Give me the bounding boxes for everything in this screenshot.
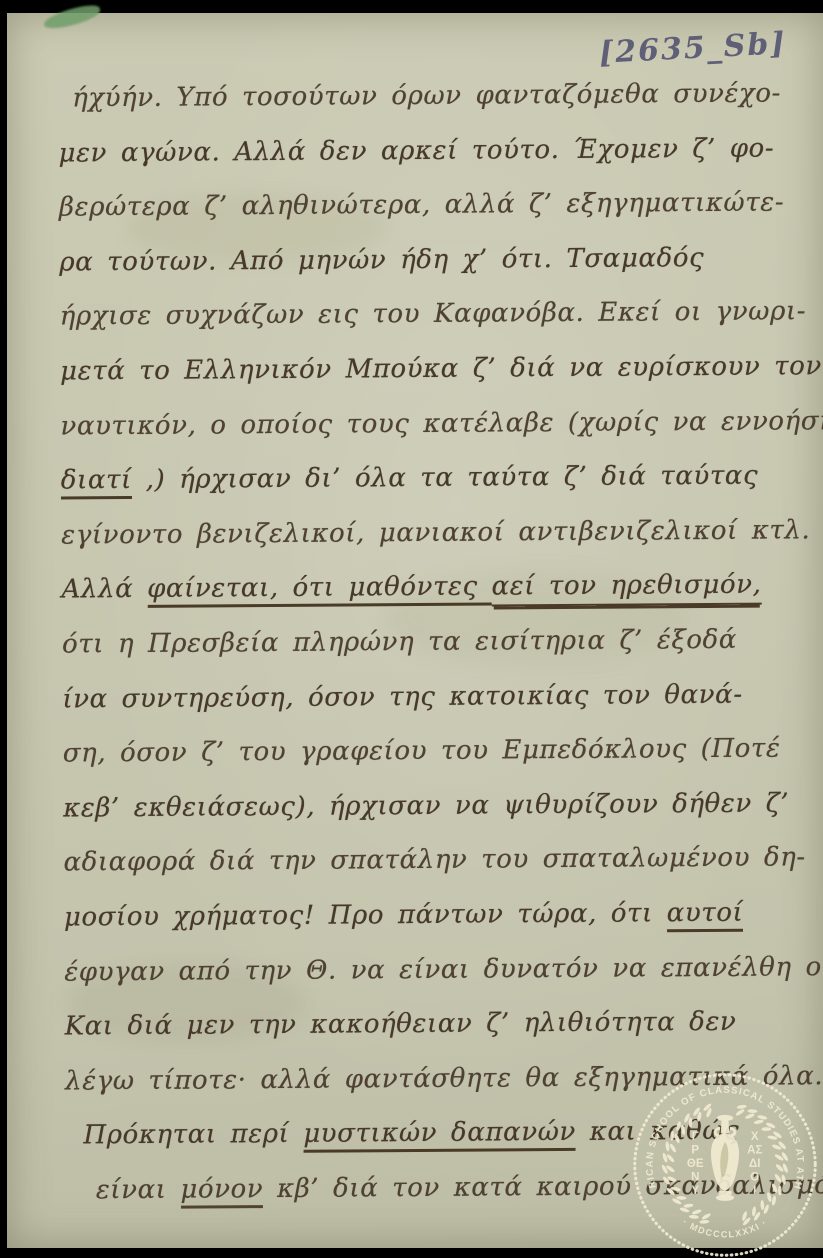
handwritten-segment: ότι η Πρεσβεία πληρώνη τα εισίτηρια ζ’ έ…: [62, 625, 737, 660]
handwritten-segment: ήρχισε συχνάζων εις του Καφανόβα. Εκεί ο…: [60, 297, 807, 332]
handwritten-segment: Πρόκηται περί: [83, 1119, 303, 1151]
handwritten-line: μοσίου χρήματος! Προ πάντων τώρα, ότι αυ…: [64, 885, 776, 945]
wreath-leaf: [661, 1164, 669, 1175]
svg-text:Ν: Ν: [691, 1171, 699, 1183]
svg-text:Χ: Χ: [751, 1131, 759, 1143]
handwritten-line: ση, όσον ζ’ του γραφείου του Εμπεδόκλους…: [63, 722, 775, 782]
svg-text:Υ: Υ: [691, 1185, 699, 1197]
handwritten-line: έφυγαν από την Θ. να είναι δυνατόν να επ…: [64, 940, 776, 1000]
svg-text:Ι: Ι: [753, 1185, 756, 1197]
wreath-leaf: [701, 1212, 711, 1220]
underlined-word: μυστικών δαπανών: [303, 1117, 576, 1153]
handwritten-line: ήρχισε συχνάζων εις του Καφανόβα. Εκεί ο…: [60, 285, 772, 345]
wreath-leaf: [674, 1133, 681, 1144]
handwritten-segment: εγίνοντο βενιζελικοί, μανιακοί αντιβενιζ…: [61, 515, 810, 550]
green-mark: [42, 2, 102, 32]
handwritten-segment: ρα τούτων. Από μηνών ήδη χ’ ότι. Τσαμαδό…: [59, 243, 704, 278]
wreath-leaf: [736, 1104, 746, 1109]
underlined-word: μόνον: [180, 1174, 263, 1209]
handwritten-segment: Και διά μεν την κακοήθειαν ζ’ ηλιθιότητα…: [65, 1007, 737, 1042]
manuscript-page: [2635_Sb] ήχύήν. Υπό τοσούτων όρων φαντα…: [7, 13, 823, 1248]
handwritten-line: κεβ’ εκθειάσεως), ήρχισαν να ψιθυρίζουν …: [63, 776, 775, 836]
underlined-word: διατί: [61, 465, 132, 499]
svg-text:ΘΕ: ΘΕ: [687, 1158, 704, 1170]
handwritten-line: ήχύήν. Υπό τοσούτων όρων φανταζόμεθα συν…: [58, 67, 770, 127]
handwritten-segment: μοσίου χρήματος! Προ πάντων τώρα, ότι: [64, 898, 667, 932]
handwritten-segment: Αλλά: [62, 574, 148, 605]
underlined-word: αυτοί: [667, 898, 744, 933]
wreath-leaf: [766, 1192, 772, 1203]
handwritten-line: μεν αγώνα. Αλλά δεν αρκεί τούτο. Έχομεν …: [58, 121, 770, 181]
wreath-leaf: [680, 1125, 685, 1135]
handwritten-line: αδιαφορά διά την σπατάλην του σπαταλωμέν…: [63, 831, 775, 891]
wreath-leaf: [753, 1119, 764, 1125]
wreath-leaf: [679, 1207, 690, 1213]
wreath-leaf: [676, 1196, 686, 1200]
handwritten-segment: είναι: [96, 1175, 181, 1206]
handwritten-segment: μετά το Ελληνικόν Μπούκα ζ’ διά να ευρίσ…: [60, 351, 822, 386]
svg-text:ΔΙ: ΔΙ: [749, 1158, 760, 1170]
wreath-leaf: [757, 1114, 768, 1120]
wreath-leaf: [774, 1173, 783, 1183]
wreath-leaf: [771, 1183, 779, 1194]
wreath-leaf: [665, 1141, 670, 1151]
handwritten-segment: βερώτερα ζ’ αληθινώτερα, αλλά ζ’ εξηγημα…: [59, 188, 784, 223]
handwritten-segment: ήχύήν. Υπό τοσούτων όρων φανταζόμεθα συν…: [72, 78, 781, 113]
handwritten-segment: έφυγαν από την Θ. να είναι δυνατόν να επ…: [64, 952, 823, 987]
handwritten-segment: ναυτικόν, ο οποίος τους κατέλαβε (χωρίς …: [60, 406, 823, 442]
underlined-word: φαίνεται, ότι μαθόντες: [147, 572, 492, 608]
stamp-year-text: · MDCCCLXXXI ·: [681, 1217, 769, 1240]
wreath-leaf: [689, 1215, 699, 1220]
wreath-leaf: [782, 1163, 789, 1174]
handwritten-line: Αλλά φαίνεται, ότι μαθόντες αεί τον ηρεθ…: [61, 558, 773, 618]
wreath-leaf: [747, 1109, 757, 1113]
svg-text:Ρ: Ρ: [691, 1144, 699, 1156]
svg-text:Ο: Ο: [750, 1171, 759, 1183]
catalog-number: [2635_Sb]: [598, 26, 787, 71]
wreath-leaf: [760, 1200, 764, 1210]
wreath-leaf: [745, 1113, 756, 1120]
handwritten-segment: ίνα συντηρεύση, όσον της κατοικίας τον θ…: [62, 679, 742, 714]
library-stamp: AMERICAN SCHOOL OF CLASSICAL STUDIES AT …: [629, 1069, 821, 1258]
svg-text:ΑΣ: ΑΣ: [747, 1144, 762, 1156]
underlined-word: αεί τον ηρεθισμόν,: [491, 570, 761, 607]
handwritten-line: ναυτικόν, ο οποίος τους κατέλαβε (χωρίς …: [60, 394, 772, 454]
handwritten-line: ρα τούτων. Από μηνών ήδη χ’ ότι. Τσαμαδό…: [59, 230, 771, 290]
handwritten-segment: ση, όσον ζ’ του γραφείου του Εμπεδόκλους…: [63, 734, 781, 769]
wreath-leaf: [676, 1121, 682, 1132]
wreath-leaf: [662, 1152, 669, 1163]
wreath-leaf: [699, 1220, 709, 1225]
wreath-leaf: [735, 1108, 745, 1117]
handwritten-segment: μεν αγώνα. Αλλά δεν αρκεί τούτο. Έχομεν …: [58, 133, 774, 168]
svg-text:Γ: Γ: [692, 1131, 699, 1143]
handwritten-segment: κεβ’ εκθειάσεως), ήρχισαν να ψιθυρίζουν …: [63, 788, 789, 823]
handwritten-text-block: ήχύήν. Υπό τοσούτων όρων φανταζόμεθα συν…: [58, 67, 778, 1218]
handwritten-line: εγίνοντο βενιζελικοί, μανιακοί αντιβενιζ…: [61, 503, 773, 563]
handwritten-line: μετά το Ελληνικόν Μπούκα ζ’ διά να ευρίσ…: [60, 339, 772, 399]
wreath-leaf: [683, 1203, 693, 1208]
amphora-icon: [711, 1115, 739, 1201]
handwritten-line: ότι η Πρεσβεία πληρώνη τα εισίτηρια ζ’ έ…: [62, 612, 774, 672]
wreath-leaf: [666, 1153, 675, 1163]
handwritten-segment: ,) ήρχισαν δι’ όλα τα ταύτα ζ’ διά ταύτα…: [132, 461, 759, 495]
wreath-leaf: [761, 1127, 771, 1131]
wreath-leaf: [669, 1143, 677, 1153]
wreath-leaf: [778, 1186, 782, 1196]
wreath-leaf: [691, 1209, 702, 1216]
handwritten-line: ίνα συντηρεύση, όσον της κατοικίας τον θ…: [62, 667, 774, 727]
handwritten-line: διατί ,) ήρχισαν δι’ όλα τα ταύτα ζ’ διά…: [61, 449, 773, 509]
handwritten-segment: αδιαφορά διά την σπατάλην του σπαταλωμέν…: [63, 843, 805, 878]
wreath-leaf: [689, 1117, 693, 1127]
scanned-manuscript: [2635_Sb] ήχύήν. Υπό τοσούτων όρων φαντα…: [0, 0, 823, 1258]
wreath-leaf: [670, 1131, 674, 1141]
wreath-leaf: [771, 1195, 776, 1205]
handwritten-line: βερώτερα ζ’ αληθινώτερα, αλλά ζ’ εξηγημα…: [59, 176, 771, 236]
wreath-leaf: [781, 1174, 786, 1184]
handwritten-line: Και διά μεν την κακοήθειαν ζ’ ηλιθιότητα…: [64, 995, 776, 1055]
